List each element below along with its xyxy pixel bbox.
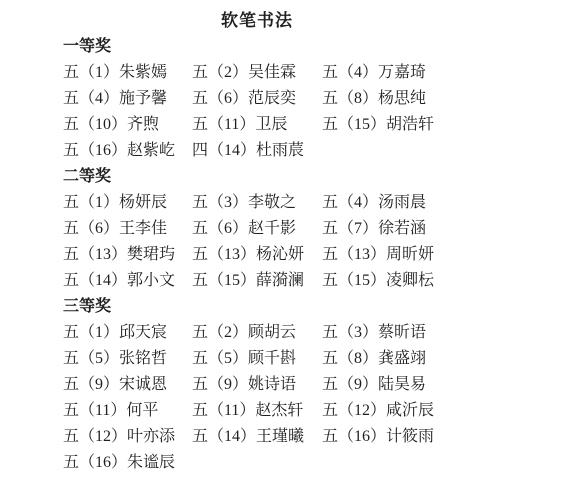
award-entry: 五（15）胡浩轩 <box>322 112 472 138</box>
entry-row: 五（9）宋诚恩五（9）姚诗语五（9）陆昊易 <box>63 372 580 398</box>
award-entry: 五（1）朱紫嫣 <box>63 60 192 86</box>
award-entry: 五（1）邱天宸 <box>63 320 192 346</box>
award-entry: 五（5）张铭哲 <box>63 346 192 372</box>
entry-row: 五（5）张铭哲五（5）顾千斟五（8）龚盛翊 <box>63 346 580 372</box>
award-list: 一等奖五（1）朱紫嫣五（2）吴佳霖五（4）万嘉琦五（4）施予馨五（6）范辰奕五（… <box>63 34 580 476</box>
section-heading: 三等奖 <box>63 294 580 320</box>
award-entry: 五（6）范辰奕 <box>192 86 322 112</box>
award-entry: 五（2）吴佳霖 <box>192 60 322 86</box>
entry-row: 五（11）何平五（11）赵杰轩五（12）咸沂辰 <box>63 398 580 424</box>
award-entry: 五（9）宋诚恩 <box>63 372 192 398</box>
award-entry: 五（8）杨思纯 <box>322 86 472 112</box>
entry-row: 五（1）杨妍辰五（3）李敬之五（4）汤雨晨 <box>63 190 580 216</box>
entry-row: 五（1）邱天宸五（2）顾胡云五（3）蔡昕语 <box>63 320 580 346</box>
section-heading: 一等奖 <box>63 34 580 60</box>
award-entry: 五（9）姚诗语 <box>192 372 322 398</box>
award-entry: 五（4）万嘉琦 <box>322 60 472 86</box>
award-entry: 五（13）周昕妍 <box>322 242 472 268</box>
page-title: 软笔书法 <box>63 8 451 34</box>
award-entry: 五（5）顾千斟 <box>192 346 322 372</box>
award-entry: 五（9）陆昊易 <box>322 372 472 398</box>
award-entry: 五（6）赵千影 <box>192 216 322 242</box>
award-entry: 五（2）顾胡云 <box>192 320 322 346</box>
document-page: 软笔书法 一等奖五（1）朱紫嫣五（2）吴佳霖五（4）万嘉琦五（4）施予馨五（6）… <box>0 0 580 490</box>
entry-row: 五（6）王李佳五（6）赵千影五（7）徐若涵 <box>63 216 580 242</box>
award-entry: 五（14）王瑾曦 <box>192 424 322 450</box>
award-entry: 五（16）赵紫屹 <box>63 138 192 164</box>
award-entry: 五（4）汤雨晨 <box>322 190 472 216</box>
award-entry: 五（15）薛漪澜 <box>192 268 322 294</box>
entry-row: 五（1）朱紫嫣五（2）吴佳霖五（4）万嘉琦 <box>63 60 580 86</box>
entry-row: 五（12）叶亦添五（14）王瑾曦五（16）计筱雨 <box>63 424 580 450</box>
award-entry: 五（3）李敬之 <box>192 190 322 216</box>
award-entry: 五（11）赵杰轩 <box>192 398 322 424</box>
entry-row: 五（4）施予馨五（6）范辰奕五（8）杨思纯 <box>63 86 580 112</box>
entry-row: 五（10）齐煦五（11）卫辰五（15）胡浩轩 <box>63 112 580 138</box>
award-entry: 五（3）蔡昕语 <box>322 320 472 346</box>
award-entry: 五（11）卫辰 <box>192 112 322 138</box>
award-entry: 五（6）王李佳 <box>63 216 192 242</box>
award-entry: 五（1）杨妍辰 <box>63 190 192 216</box>
award-entry: 五（14）郭小文 <box>63 268 192 294</box>
entry-row: 五（16）赵紫屹四（14）杜雨莀 <box>63 138 580 164</box>
award-entry: 五（11）何平 <box>63 398 192 424</box>
entry-row: 五（16）朱谧辰 <box>63 450 580 476</box>
award-entry: 五（13）杨沁妍 <box>192 242 322 268</box>
award-entry: 五（12）叶亦添 <box>63 424 192 450</box>
entry-row: 五（13）樊珺玙五（13）杨沁妍五（13）周昕妍 <box>63 242 580 268</box>
award-entry: 五（4）施予馨 <box>63 86 192 112</box>
award-entry: 五（13）樊珺玙 <box>63 242 192 268</box>
award-entry: 五（7）徐若涵 <box>322 216 472 242</box>
award-entry: 五（12）咸沂辰 <box>322 398 472 424</box>
award-entry: 五（16）计筱雨 <box>322 424 472 450</box>
section-heading: 二等奖 <box>63 164 580 190</box>
award-entry: 五（10）齐煦 <box>63 112 192 138</box>
award-entry: 五（16）朱谧辰 <box>63 450 192 476</box>
award-entry: 五（15）凌卿枟 <box>322 268 472 294</box>
award-entry: 五（8）龚盛翊 <box>322 346 472 372</box>
award-entry: 四（14）杜雨莀 <box>192 138 322 164</box>
entry-row: 五（14）郭小文五（15）薛漪澜五（15）凌卿枟 <box>63 268 580 294</box>
